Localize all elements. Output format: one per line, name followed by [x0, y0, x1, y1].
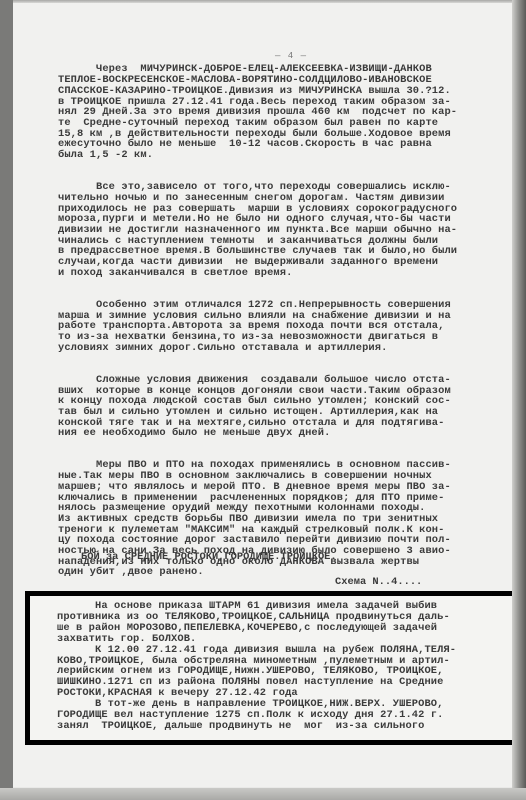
text-line: СПАССКОЕ-КАЗАРИНО-ТРОИЦКОЕ.Дивизия из МИ… [58, 86, 518, 97]
document-page: — 4 — Через МИЧУРИНСК-ДОБРОЕ-ЕЛЕЦ-АЛЕКСЕ… [13, 3, 513, 787]
text-line: Особенно этим отличался 1272 сп.Непрерыв… [58, 300, 518, 311]
scan-bottom-edge [0, 788, 526, 800]
paragraph-night-marches: Все это,зависело от того,что переходы со… [58, 182, 518, 278]
text-line: маршев; что являлось и мерой ПТО. В днев… [58, 482, 518, 493]
text-line: чительно ночью и по занесенным снегом до… [58, 193, 518, 204]
boxed-text: На основе приказа ШТАРМ 61 дивизия имела… [57, 601, 456, 732]
text-line: тав был и сильно утомлен и сильно истоще… [58, 407, 518, 418]
highlight-box: На основе приказа ШТАРМ 61 дивизия имела… [25, 591, 521, 745]
scan-left-edge [0, 0, 13, 790]
text-line: К 12.00 27.12.41 года дивизия вышла на р… [57, 645, 456, 656]
paragraph-conditions: Сложные условия движения создавали больш… [58, 375, 518, 439]
paragraph-route: Через МИЧУРИНСК-ДОБРОЕ-ЕЛЕЦ-АЛЕКСЕЕВКА-И… [58, 64, 518, 160]
text-line: и поход заканчивался в светлое время. [58, 268, 518, 279]
text-line: захватить гор. БОЛХОВ. [57, 634, 456, 645]
body-text: Через МИЧУРИНСК-ДОБРОЕ-ЕЛЕЦ-АЛЕКСЕЕВКА-И… [58, 43, 518, 600]
scheme-label: Схема N..4.... [335, 576, 422, 588]
paragraph-regiment-1272: Особенно этим отличался 1272 сп.Непрерыв… [58, 300, 518, 354]
text-line: ния ее необходимо было не меньше двух дн… [58, 428, 518, 439]
text-line: один убит ,двое ранено. [58, 567, 518, 578]
text-line: условиях зимних дорог.Сильно отставала и… [58, 343, 518, 354]
scan-right-edge [512, 0, 526, 800]
text-line: занял ТРОИЦКОЕ, дальше продвинуть не мог… [57, 721, 456, 732]
text-line: Сложные условия движения создавали больш… [58, 375, 518, 386]
section-heading: БОЙ за СРЕДНИЕ РОСТОКИ,ГОРОДИЩЕ.ТРОИЦКОЕ… [81, 551, 337, 563]
text-line: была 1,5 -2 км. [58, 150, 518, 161]
